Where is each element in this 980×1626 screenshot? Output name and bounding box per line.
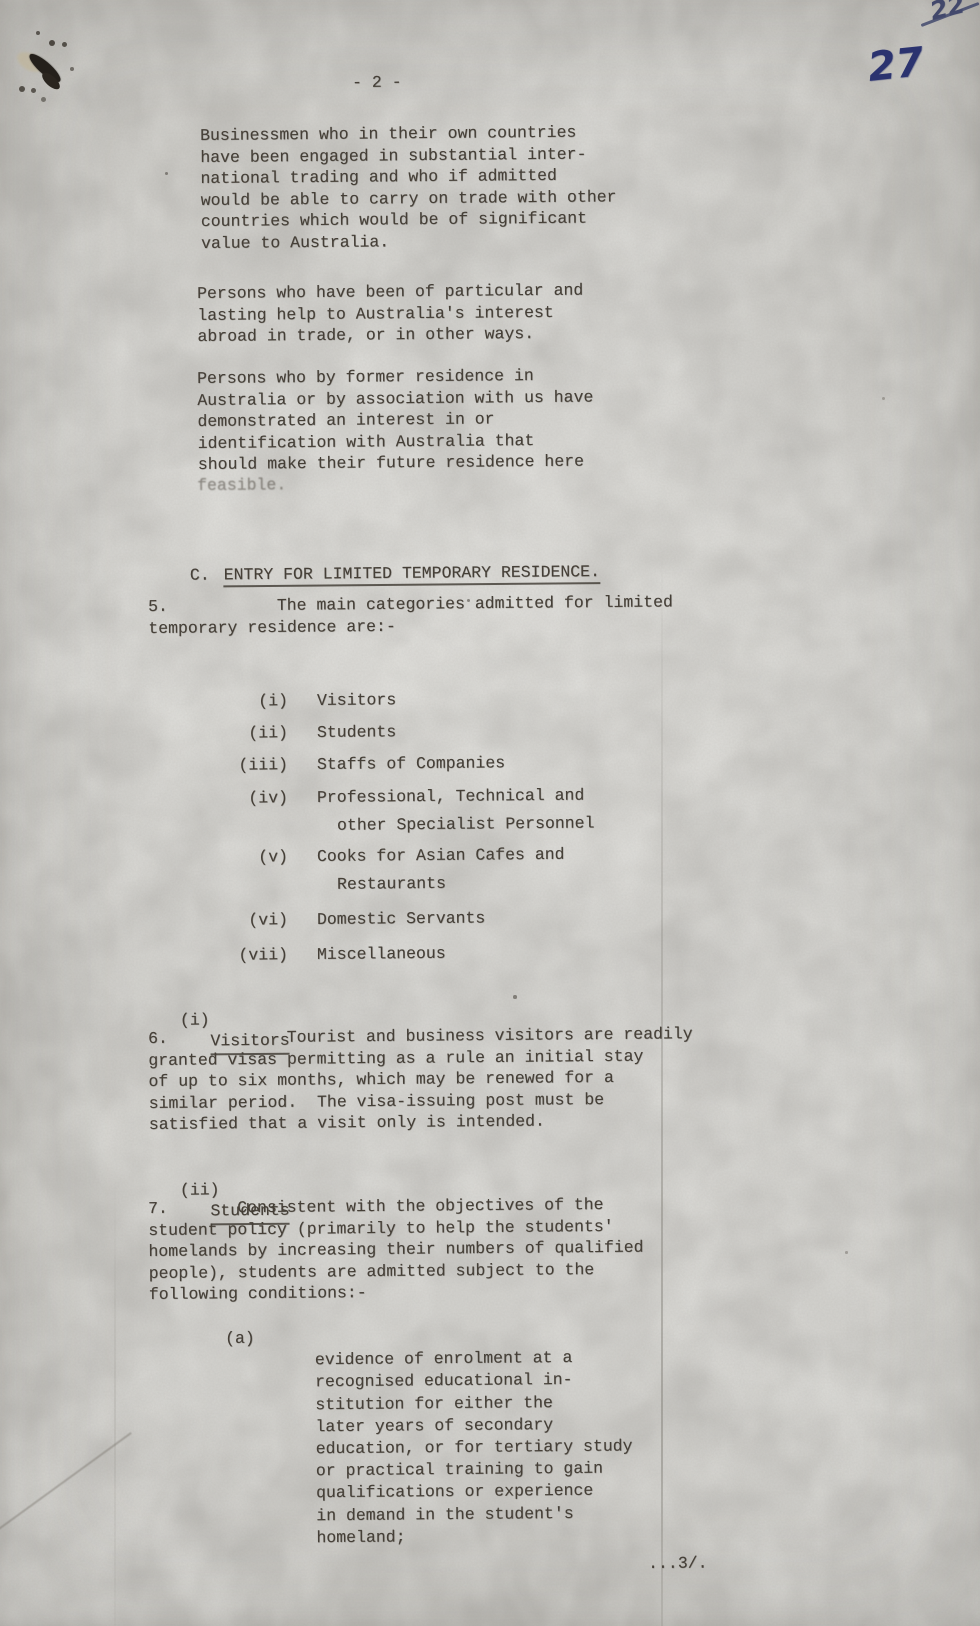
category-numeral: (iv): [238, 784, 288, 812]
paragraph-former-residence-last-line: feasible.: [197, 474, 286, 496]
paragraph-former-residence: Persons who by former residence in Austr…: [197, 365, 594, 476]
paragraph-7: 7. Consistent with the objectives of the…: [148, 1194, 644, 1306]
category-item-miscellaneous: (vii)Miscellaneous: [198, 912, 446, 998]
paragraph-6: 6. Tourist and business visitors are rea…: [148, 1023, 694, 1135]
condition-a: (a)evidence of enrolment at a recognised…: [225, 1324, 634, 1572]
ink-dot: [49, 40, 55, 46]
paragraph-persons-help: Persons who have been of particular and …: [197, 280, 584, 348]
paragraph-businessmen: Businessmen who in their own countries h…: [200, 121, 617, 254]
ink-dot: [36, 31, 40, 35]
page-number-header: - 2 -: [352, 72, 402, 94]
ink-dot: [41, 97, 46, 102]
paper-speck: [845, 1251, 848, 1254]
condition-a-label: (a): [225, 1328, 255, 1350]
page-continuation-mark: ...3/.: [648, 1552, 708, 1574]
ink-dot: [70, 67, 74, 71]
ink-dot: [62, 42, 67, 47]
ink-dot: [19, 86, 25, 92]
paper-speck: [165, 172, 168, 175]
paper-speck: [882, 397, 885, 400]
condition-a-text: evidence of enrolment at a recognised ed…: [315, 1347, 634, 1550]
category-numeral: (vii): [238, 941, 288, 969]
handwritten-page-number: 27: [866, 39, 926, 91]
corner-crease: [0, 1432, 132, 1535]
section-c-title: ENTRY FOR LIMITED TEMPORARY RESIDENCE.: [224, 562, 600, 587]
subsection-numeral: (ii): [180, 1180, 220, 1199]
ink-dot: [31, 88, 36, 93]
category-label: Miscellaneous: [317, 940, 446, 969]
subsection-numeral: (i): [180, 1010, 210, 1029]
category-numeral: (v): [238, 843, 288, 871]
paper-speck: [513, 995, 517, 999]
vertical-fold-crease-faint: [114, 1180, 116, 1626]
section-c-label: C.: [190, 565, 210, 584]
paragraph-5: 5. The main categories admitted for limi…: [148, 591, 673, 639]
scanned-document-page: 22 27 - 2 - Businessmen who in their own…: [0, 0, 980, 1626]
